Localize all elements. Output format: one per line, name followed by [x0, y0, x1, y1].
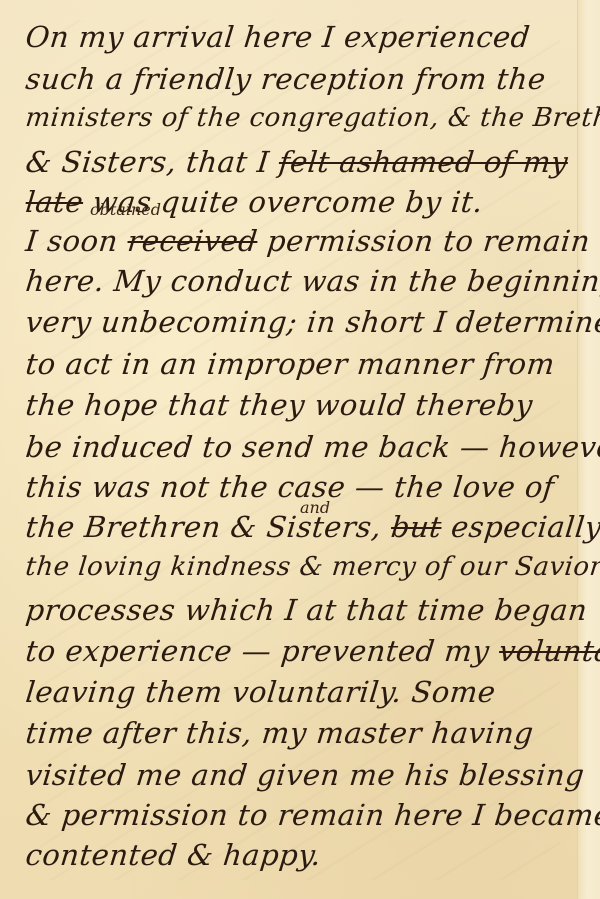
text-segment: especially: [440, 510, 600, 544]
text-line: the hope that they would thereby: [24, 388, 534, 422]
text-segment: the loving kindness & mercy of our Savio…: [24, 552, 600, 582]
struck-text: late: [24, 185, 85, 219]
text-line: contented & happy.: [24, 838, 323, 872]
text-segment: very unbecoming; in short I determined: [24, 305, 600, 339]
text-line: very unbecoming; in short I determined: [24, 305, 600, 339]
interlinear-insertion: obtained: [90, 200, 161, 219]
text-segment: to act in an improper manner from: [24, 347, 557, 381]
text-segment: leaving them voluntarily. Some: [24, 675, 497, 709]
struck-text: but: [389, 510, 443, 544]
text-segment: to experience — prevented my: [24, 634, 501, 668]
text-line: I soon received permission to remain: [24, 224, 592, 258]
text-segment: ministers of the congregation, & the Bre…: [24, 103, 600, 133]
text-segment: & Sisters, that I: [24, 145, 281, 179]
struck-text: received: [126, 224, 259, 258]
text-segment: I soon: [24, 224, 129, 258]
struck-text: voluntary: [497, 634, 600, 668]
struck-text: felt ashamed of my: [277, 145, 569, 179]
text-line: & permission to remain here I became: [24, 798, 600, 832]
text-line: & Sisters, that I felt ashamed of my: [24, 145, 570, 179]
text-line: this was not the case — the love of: [24, 470, 556, 504]
text-segment: the Brethren & Sisters,: [24, 510, 393, 544]
text-segment: On my arrival here I experienced: [24, 20, 532, 54]
text-segment: here. My conduct was in the beginning: [24, 264, 600, 298]
text-segment: contented & happy.: [24, 838, 323, 872]
text-line: On my arrival here I experienced: [24, 20, 532, 54]
text-segment: time after this, my master having: [24, 716, 535, 750]
text-line: time after this, my master having: [24, 716, 535, 750]
text-segment: processes which I at that time began: [24, 593, 589, 627]
text-line: be induced to send me back — however: [24, 430, 600, 464]
text-line: visited me and given me his blessing: [24, 758, 586, 792]
text-segment: visited me and given me his blessing: [24, 758, 586, 792]
text-line: here. My conduct was in the beginning: [24, 264, 600, 298]
text-line: ministers of the congregation, & the Bre…: [24, 103, 600, 133]
text-line: the Brethren & Sisters, but especially: [24, 510, 600, 544]
handwritten-text: On my arrival here I experienced such a …: [0, 0, 578, 899]
text-segment: the hope that they would thereby: [24, 388, 534, 422]
text-line: to act in an improper manner from: [24, 347, 557, 381]
text-segment: be induced to send me back — however: [24, 430, 600, 464]
text-line: to experience — prevented my voluntary.: [24, 634, 600, 668]
text-line: leaving them voluntarily. Some: [24, 675, 497, 709]
text-segment: permission to remain: [256, 224, 592, 258]
text-line: such a friendly reception from the: [24, 62, 547, 96]
text-line: processes which I at that time began: [24, 593, 589, 627]
text-line: the loving kindness & mercy of our Savio…: [24, 552, 600, 582]
text-segment: & permission to remain here I became: [24, 798, 600, 832]
text-segment: this was not the case — the love of: [24, 470, 556, 504]
text-segment: such a friendly reception from the: [24, 62, 547, 96]
